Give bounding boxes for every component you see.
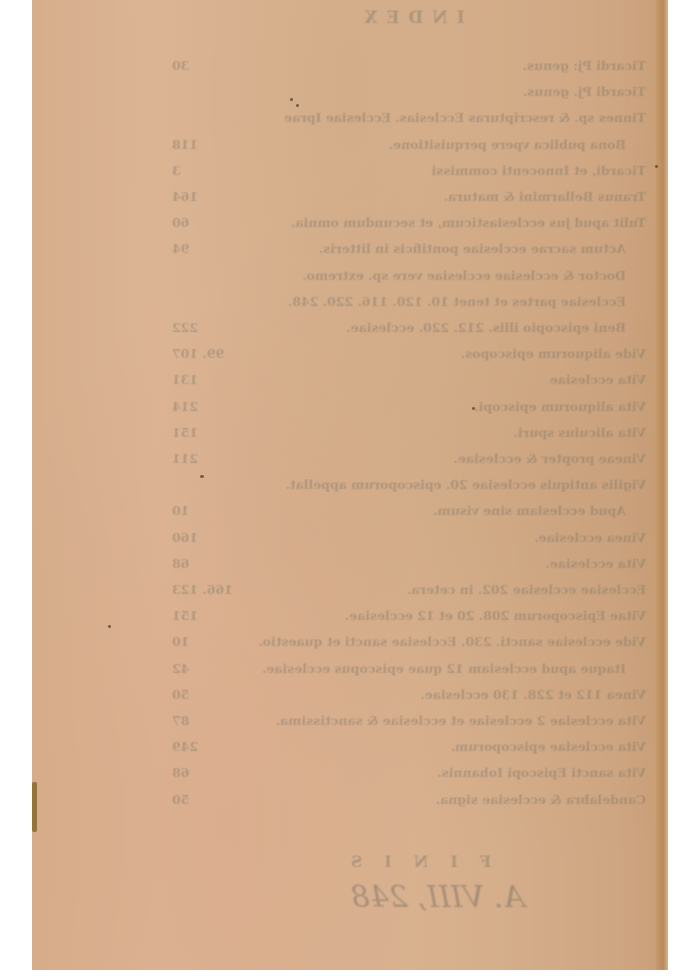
index-entry-text: Tranus Bellarmini & matura. — [444, 189, 646, 204]
index-entry-text: Bona publica vpere perquisitione. — [389, 137, 626, 152]
index-entry-text: Itaque apud ecclesiam 12 quae episcopus … — [262, 661, 626, 676]
index-entry-page: 164 — [172, 189, 198, 204]
index-entry-page: 10 — [172, 634, 189, 649]
index-entry-text: Vinea 112 et 228. 130 ecclesiae. — [420, 687, 646, 702]
index-entry-page: 50 — [172, 687, 189, 702]
index-entry-page: 166. 123 — [172, 582, 233, 597]
finis-label: FINIS — [160, 852, 660, 871]
index-entry-text: Vita ecclesiae — [550, 372, 646, 387]
index-entry-page: 87 — [172, 713, 189, 728]
index-entry-text: Vita aliquorum episcopi. — [474, 399, 646, 414]
foxing-spot — [290, 98, 293, 101]
index-entry-text: Vita ecclesiae 2 ecclesiae et ecclesiae … — [276, 713, 646, 728]
index-entry-page: 99. 107 — [172, 346, 224, 361]
index-entry-text: Apud ecclesiam sine visum. — [433, 503, 626, 518]
index-entry-text: Vita sancti Episcopi Iohannis. — [437, 765, 646, 780]
index-entry-page: 131 — [172, 372, 198, 387]
index-entry-text: Ecclesiae partes et tenet 10. 120. 116. … — [288, 294, 626, 309]
index-entry-text: Ticardi, et Innocenti commissi — [432, 163, 646, 178]
index-entry-text: Vide ecclesiae sancti. 230. Ecclesiae sa… — [258, 634, 646, 649]
index-header: INDEX — [160, 8, 660, 28]
index-entry-page: 60 — [172, 215, 189, 230]
index-entry-page: 68 — [172, 765, 189, 780]
index-entry-text: Actum sacrae ecclesiae pontificis in lit… — [319, 241, 626, 256]
foxing-spot — [200, 475, 204, 478]
index-entry-page: 249 — [172, 739, 198, 754]
index-entry-page: 222 — [172, 320, 198, 335]
index-entry-page: 118 — [172, 137, 198, 152]
index-entry-text: Vita ecclesiae. — [545, 556, 646, 571]
index-entry-page: 211 — [172, 451, 198, 466]
index-entry-page: 30 — [172, 58, 189, 73]
index-entry-text: Vitae Episcoporum 208. 20 et 12 ecclesia… — [345, 608, 646, 623]
index-entry-page: 10 — [172, 503, 189, 518]
index-entry-page: 160 — [172, 530, 198, 545]
index-entry-text: Tulit apud jus ecclesiasticum, et secund… — [291, 215, 646, 230]
index-entry-text: Candelabra & ecclesiae signa. — [436, 792, 646, 807]
index-entry-page: 68 — [172, 556, 189, 571]
index-entry-text: Beni episcopio illis. 212. 220. ecclesia… — [346, 320, 626, 335]
index-entry-text: Vita alicuius spuri. — [513, 425, 646, 440]
foxing-spot — [108, 625, 111, 628]
index-entry-text: Doctor & ecclesiae ecclesiae vere sp. ex… — [302, 268, 626, 283]
ink-stain — [32, 782, 37, 832]
index-entry-page: 151 — [172, 425, 198, 440]
index-entry-text: Vinea ecclesiae. — [534, 530, 646, 545]
foxing-spot — [655, 165, 658, 168]
index-entry-text: Tinnes sp. & rescripturas Ecclesias. Ecc… — [284, 110, 646, 125]
index-entry-page: 214 — [172, 399, 198, 414]
foxing-spot — [296, 104, 299, 107]
index-entry-page: 3 — [172, 163, 181, 178]
index-entry-text: Ticardi Pj: genus. — [523, 58, 646, 73]
index-entry-text: Vigilis antiquis ecclesiae 20. episcopor… — [286, 477, 646, 492]
foxing-spot — [472, 407, 475, 410]
pencil-shelfmark: A. VIII, 248 — [265, 880, 525, 930]
index-entry-page: 151 — [172, 608, 198, 623]
index-entry-text: Ecclesiae ecclesiae 202. in cetera. — [407, 582, 646, 597]
index-entry-text: Vide aliquorum episcopos. — [461, 346, 646, 361]
bleed-through-text: INDEX Ticardi Pj: genus.30Ticardi Pj. ge… — [160, 0, 660, 970]
index-entry-text: Vineae propter & ecclesiae. — [454, 451, 646, 466]
index-entry-page: 94 — [172, 241, 189, 256]
index-entry-text: Vita ecclesiae episcoporum. — [451, 739, 646, 754]
index-entry-page: 42 — [172, 661, 189, 676]
index-entry-text: Ticardi Pj. genus. — [523, 84, 646, 99]
index-entry-page: 50 — [172, 792, 189, 807]
